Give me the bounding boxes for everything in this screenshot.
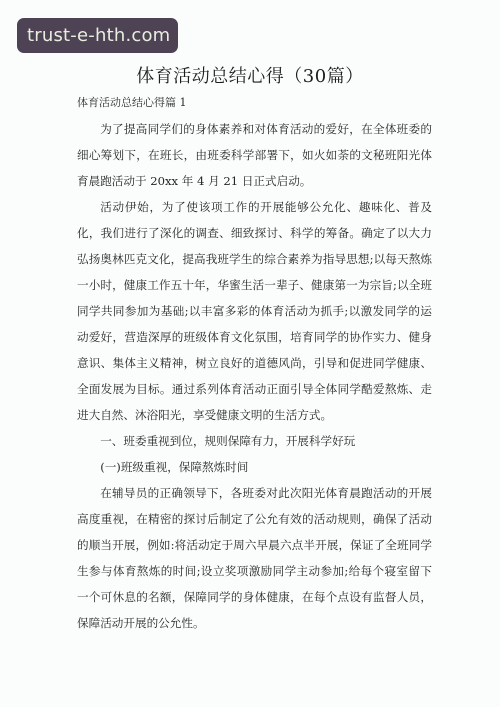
paragraph-intro: 为了提高同学们的身体素养和对体育活动的爱好，在全体班委的细心筹划下，在班长，由班… <box>77 116 432 194</box>
section-heading-1: 一、班委重视到位，规则保障有力，开展科学好玩 <box>77 428 432 454</box>
subsection-heading-1: (一)班级重视，保障熬炼时间 <box>77 454 432 480</box>
watermark-text: trust-e-hth.com <box>27 25 170 46</box>
section-subtitle: 体育活动总结心得篇 1 <box>77 94 187 110</box>
document-body: 为了提高同学们的身体素养和对体育活动的爱好，在全体班委的细心筹划下，在班长，由班… <box>77 116 432 636</box>
paragraph-rules: 在辅导员的正确领导下，各班委对此次阳光体育晨跑活动的开展高度重视，在精密的探讨后… <box>77 480 432 636</box>
paragraph-goals: 活动伊始，为了使该项工作的开展能够公允化、趣味化、普及化，我们进行了深化的调查、… <box>77 194 432 428</box>
document-title: 体育活动总结心得（30篇） <box>0 62 500 88</box>
watermark-badge: trust-e-hth.com <box>17 18 178 53</box>
